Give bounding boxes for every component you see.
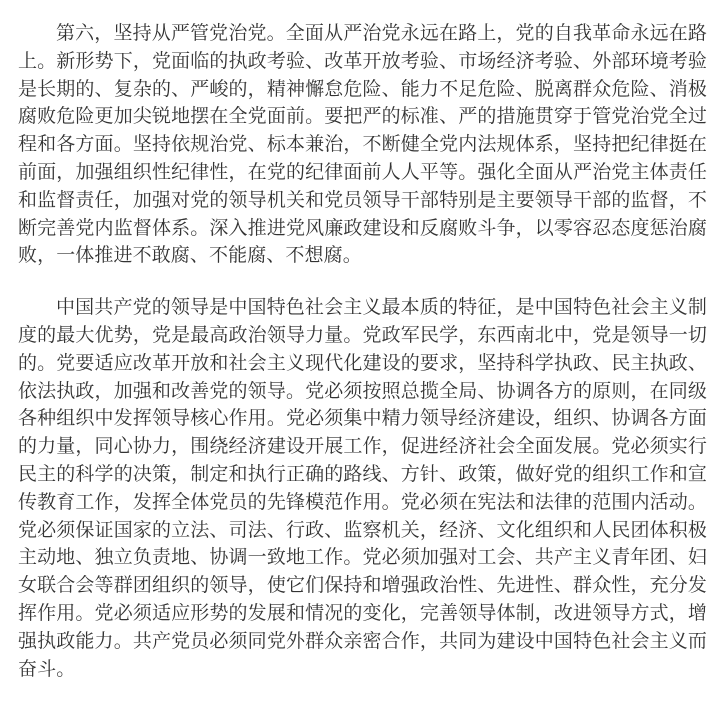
paragraph-party-self-governance: 第六，坚持从严管党治党。全面从严治党永远在路上，党的自我革命永远在路上。新形势下… xyxy=(18,20,707,270)
document-page: 第六，坚持从严管党治党。全面从严治党永远在路上，党的自我革命永远在路上。新形势下… xyxy=(0,0,725,701)
paragraph-party-leadership: 中国共产党的领导是中国特色社会主义最本质的特征，是中国特色社会主义制度的最大优势… xyxy=(18,294,707,683)
